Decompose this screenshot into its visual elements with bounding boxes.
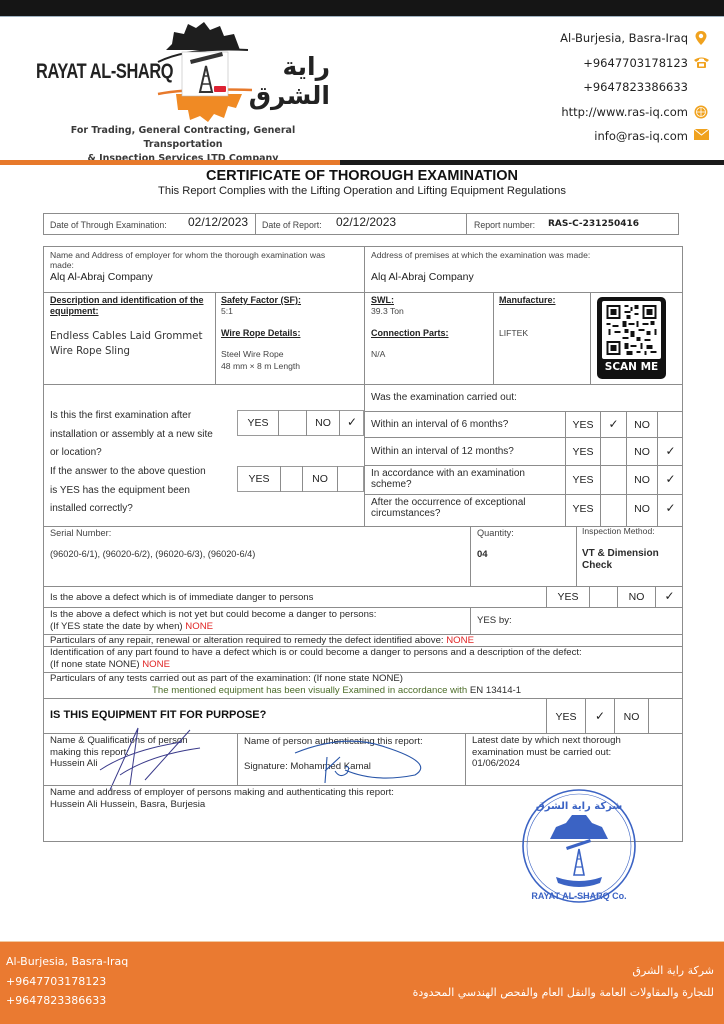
exam-date-label: Date of Through Examination: [50, 220, 167, 231]
q-12-months-no-label: NO [627, 446, 657, 458]
header-divider [0, 160, 724, 165]
report-maker: Name & Qualifications of person making t… [50, 735, 188, 770]
tests-label: Particulars of any tests carried out as … [50, 673, 403, 684]
persons-employer-value: Hussein Ali Hussein, Basra, Burjesia [50, 799, 394, 811]
next-exam: Latest date by which next thorough exami… [472, 735, 621, 770]
telephone-icon [694, 56, 708, 70]
inspection-method-value: VT & Dimension Check [582, 548, 659, 572]
q-exceptional-yes-label: YES [566, 503, 600, 515]
certificate-title: CERTIFICATE OF THOROUGH EXAMINATION [0, 168, 724, 184]
repair-label: Particulars of any repair, renewal or al… [50, 635, 444, 646]
maker-value: Hussein Ali [50, 758, 188, 770]
q-6-months: Within an interval of 6 months? [371, 419, 508, 430]
stamp-arabic-text: شركة راية الشرق [536, 801, 623, 812]
q2-no-label: NO [303, 473, 337, 485]
connection-parts-value: N/A [371, 349, 385, 360]
q2-line-2: is YES has the equipment been [50, 482, 206, 501]
identification-label-1: Identification of any part found to have… [50, 647, 582, 659]
q-6-months-no-label: NO [627, 419, 657, 431]
q1-line-2: installation or assembly at a new site [50, 426, 213, 445]
contact-email[interactable]: info@ras-iq.com [560, 124, 708, 149]
question-first-exam: Is this the first examination after inst… [50, 407, 213, 463]
footer-contacts: Al-Burjesia, Basra-Iraq +9647703178123 +… [6, 952, 128, 1011]
footer-arabic-name: شركة راية الشرق [413, 960, 714, 982]
phone-2-text[interactable]: +9647823386633 [583, 80, 688, 94]
fit-for-purpose-label: IS THIS EQUIPMENT FIT FOR PURPOSE? [50, 710, 266, 721]
q2-line-1: If the answer to the above question [50, 463, 206, 482]
q-exceptional-no-label: NO [627, 503, 657, 515]
repair-row: Particulars of any repair, renewal or al… [50, 635, 474, 646]
tests-value: The mentioned equipment has been visuall… [152, 685, 467, 696]
q1-no-label: NO [307, 417, 339, 429]
employer-label: Name and Address of employer for whom th… [50, 250, 350, 270]
scan-me-label: SCAN ME [597, 361, 666, 373]
contact-phone-2[interactable]: +9647823386633 [560, 75, 708, 100]
q-6-months-yes-check[interactable]: ✓ [601, 417, 626, 431]
fit-no-label: NO [615, 711, 648, 723]
persons-employer-label: Name and address of employer of persons … [50, 787, 394, 799]
stamp-english-text: RAYAT AL-SHARQ Co. [531, 891, 626, 901]
q-exam-scheme-yes-label: YES [566, 474, 600, 486]
premises-label: Address of premises at which the examina… [371, 250, 590, 261]
yes-by-label: YES by: [477, 615, 512, 626]
swl-value: 39.3 Ton [371, 306, 404, 317]
future-danger-value: NONE [185, 621, 213, 632]
q2-yes-label: YES [238, 473, 280, 485]
inspection-method-label: Inspection Method: [582, 526, 655, 537]
q-exam-scheme-no-label: NO [627, 474, 657, 486]
q-exceptional-no-check[interactable]: ✓ [658, 501, 683, 515]
website-link[interactable]: http://www.ras-iq.com [561, 105, 688, 119]
equipment-desc-line-2: Wire Rope Sling [50, 344, 202, 359]
safety-factor-label: Safety Factor (SF): [221, 295, 301, 306]
q1-line-3: or location? [50, 444, 213, 463]
logo-arabic-text: راية الشرق [225, 52, 330, 110]
contact-website[interactable]: http://www.ras-iq.com [560, 100, 708, 125]
identification-row: Identification of any part found to have… [50, 647, 582, 670]
wire-rope-value-1: Steel Wire Rope [221, 349, 284, 360]
logo-english-text: RAYAT AL-SHARQ [36, 60, 173, 84]
q-12-months-yes-label: YES [566, 446, 600, 458]
repair-value: NONE [446, 635, 474, 646]
report-date-value: 02/12/2023 [336, 217, 396, 228]
q2-line-3: installed correctly? [50, 500, 206, 519]
phone-1-text[interactable]: +9647703178123 [583, 56, 688, 70]
identification-value: NONE [142, 659, 170, 670]
email-link[interactable]: info@ras-iq.com [594, 129, 688, 143]
question-installed-correctly: If the answer to the above question is Y… [50, 463, 206, 519]
immediate-danger-no-check[interactable]: ✓ [656, 589, 683, 603]
next-exam-date: 01/06/2024 [472, 758, 621, 770]
q1-line-1: Is this the first examination after [50, 407, 213, 426]
footer-phone-1[interactable]: +9647703178123 [6, 972, 128, 992]
report-date-label: Date of Report: [262, 220, 322, 231]
manufacture-label: Manufacture: [499, 295, 556, 306]
premises-value: Alq Al-Abraj Company [371, 272, 474, 283]
footer-arabic-company: شركة راية الشرق للتجارة والمقاولات العام… [413, 960, 714, 1004]
exam-date-value: 02/12/2023 [188, 217, 248, 228]
footer-address: Al-Burjesia, Basra-Iraq [6, 952, 128, 972]
equipment-desc-value: Endless Cables Laid Grommet Wire Rope Sl… [50, 329, 202, 359]
immediate-danger-yes-label: YES [547, 591, 589, 603]
inspection-method-line-1: VT & Dimension [582, 548, 659, 560]
certificate-subtitle: This Report Complies with the Lifting Op… [0, 185, 724, 197]
quantity-label: Quantity: [477, 528, 514, 539]
swl-label: SWL: [371, 295, 394, 306]
report-number-label: Report number: [474, 220, 535, 231]
maker-label-2: making this report: [50, 747, 188, 759]
tests-standard: EN 13414-1 [470, 685, 521, 696]
qr-code-icon[interactable] [602, 301, 661, 359]
equipment-desc-line-1: Endless Cables Laid Grommet [50, 329, 202, 344]
connection-parts-label: Connection Parts: [371, 328, 449, 339]
q-12-months-no-check[interactable]: ✓ [658, 444, 683, 458]
fit-yes-label: YES [547, 711, 585, 723]
equipment-desc-label: Description and identification of the eq… [50, 295, 210, 316]
header-contacts: Al-Burjesia, Basra-Iraq +9647703178123 +… [560, 26, 708, 149]
next-exam-label-1: Latest date by which next thorough [472, 735, 621, 747]
next-exam-label-2: examination must be carried out: [472, 747, 621, 759]
manufacture-value: LIFTEK [499, 328, 528, 339]
q1-yes-label: YES [238, 417, 278, 429]
serial-number-value: (96020-6/1), (96020-6/2), (96020-6/3), (… [50, 549, 255, 560]
footer: Al-Burjesia, Basra-Iraq +9647703178123 +… [0, 941, 724, 1024]
q-12-months: Within an interval of 12 months? [371, 446, 514, 457]
exam-carried-out-heading: Was the examination carried out: [371, 392, 517, 403]
inspection-method-line-2: Check [582, 560, 659, 572]
contact-address: Al-Burjesia, Basra-Iraq [560, 26, 708, 51]
identification-label-2: (If none state NONE) [50, 659, 140, 670]
future-danger-label-2: (If YES state the date by when) [50, 621, 183, 632]
future-danger: Is the above a defect which is not yet b… [50, 609, 376, 632]
location-pin-icon [694, 31, 708, 45]
q-exam-scheme-no-check[interactable]: ✓ [658, 472, 683, 486]
footer-arabic-description: للتجارة والمقاولات العامة والنقل العام و… [413, 982, 714, 1004]
authenticator-label: Name of person authenticating this repor… [244, 736, 423, 747]
q-exam-scheme: In accordance with an examination scheme… [371, 468, 556, 490]
authenticator-value: Signature: Mohammed Kamal [244, 761, 371, 772]
contact-phone-1[interactable]: +9647703178123 [560, 51, 708, 76]
qr-code-badge[interactable]: SCAN ME [597, 297, 666, 379]
safety-factor-value: 5:1 [221, 306, 233, 317]
wire-rope-value-2: 48 mm × 8 m Length [221, 361, 300, 372]
wire-rope-label: Wire Rope Details: [221, 328, 300, 339]
tests-row: The mentioned equipment has been visuall… [152, 685, 521, 696]
envelope-icon [694, 129, 708, 143]
company-logo: RAYAT AL-SHARQ راية الشرق For Trading, G… [30, 22, 330, 142]
report-number-value: RAS-C-231250416 [548, 219, 639, 230]
quantity-value: 04 [477, 549, 488, 560]
address-text: Al-Burjesia, Basra-Iraq [560, 31, 688, 45]
employer-value: Alq Al-Abraj Company [50, 272, 153, 283]
immediate-danger-label: Is the above a defect which is of immedi… [50, 592, 313, 603]
immediate-danger-no-label: NO [618, 591, 655, 603]
company-stamp-icon: شركة راية الشرق RAYAT AL-SHARQ Co. [520, 787, 638, 905]
q-exceptional: After the occurrence of exceptional circ… [371, 497, 556, 519]
persons-employer: Name and address of employer of persons … [50, 787, 394, 810]
maker-label-1: Name & Qualifications of person [50, 735, 188, 747]
future-danger-label-1: Is the above a defect which is not yet b… [50, 609, 376, 621]
tagline-line-1: For Trading, General Contracting, Genera… [30, 124, 336, 152]
footer-phone-2[interactable]: +9647823386633 [6, 991, 128, 1011]
serial-number-label: Serial Number: [50, 528, 111, 539]
q1-no-check[interactable]: ✓ [340, 415, 364, 429]
fit-yes-check[interactable]: ✓ [586, 709, 614, 723]
q-6-months-yes-label: YES [566, 419, 600, 431]
globe-icon [694, 105, 708, 119]
top-dark-bar [0, 0, 724, 17]
